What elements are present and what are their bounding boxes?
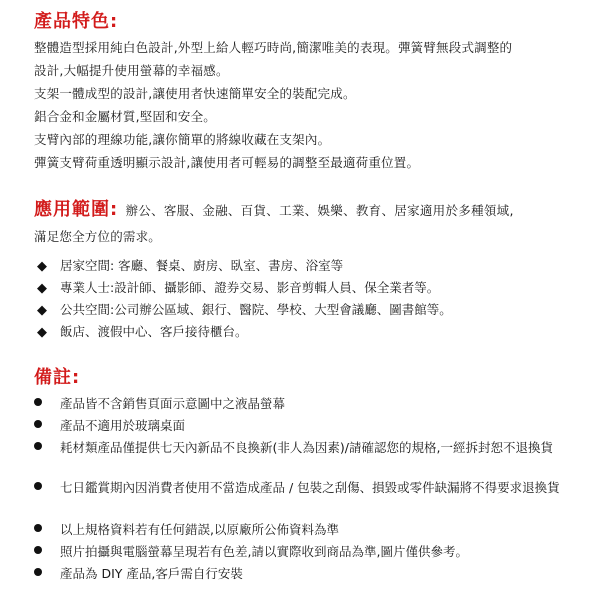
bullet-icon bbox=[34, 568, 42, 576]
note-item: 照片拍攝與電腦螢幕呈現若有色差,請以實際收到商品為準,圖片僅供參考。 bbox=[34, 542, 574, 562]
diamond-bullet-icon: ◆ bbox=[34, 303, 50, 319]
product-description-page: 產品特色: 整體造型採用純白色設計,外型上給人輕巧時尚,簡潔唯美的表現。彈簧臂無… bbox=[0, 0, 600, 600]
application-item: ◆公共空間:公司辦公區域、銀行、醫院、學校、大型會議廳、圖書館等。 bbox=[34, 302, 452, 319]
application-item-text: 飯店、渡假中心、客戶接待櫃台。 bbox=[60, 324, 248, 339]
bullet-icon bbox=[34, 524, 42, 532]
note-item: 耗材類產品僅提供七天內新品不良換新(非人為因素)/請確認您的規格,一經拆封恕不退… bbox=[34, 438, 574, 458]
diamond-bullet-icon: ◆ bbox=[34, 281, 50, 297]
note-item: 以上規格資料若有任何錯誤,以原廠所公佈資料為準 bbox=[34, 520, 574, 540]
features-line: 支臂內部的理線功能,讓你簡單的將線收藏在支架內。 bbox=[34, 132, 330, 148]
application-item: ◆飯店、渡假中心、客戶接待櫃台。 bbox=[34, 324, 248, 341]
diamond-bullet-icon: ◆ bbox=[34, 259, 50, 275]
note-item: 產品皆不含銷售頁面示意圖中之液晶螢幕 bbox=[34, 394, 574, 414]
note-item: 七日鑑賞期內因消費者使用不當造成產品 / 包裝之刮傷、損毀或零件缺漏將不得要求退… bbox=[34, 478, 574, 498]
features-line: 彈簧支臂荷重透明顯示設計,讓使用者可輕易的調整至最適荷重位置。 bbox=[34, 155, 419, 171]
notes-heading: 備註: bbox=[34, 366, 80, 390]
features-line: 鋁合金和金屬材質,堅固和安全。 bbox=[34, 109, 216, 125]
applications-intro: 辦公、客服、金融、百貨、工業、娛樂、教育、居家適用於多種領域, bbox=[125, 203, 513, 218]
applications-heading-label: 應用範圍: bbox=[34, 199, 118, 220]
application-item-text: 專業人士:設計師、攝影師、證券交易、影音剪輯人員、保全業者等。 bbox=[60, 280, 439, 295]
application-item-text: 公共空間:公司辦公區域、銀行、醫院、學校、大型會議廳、圖書館等。 bbox=[60, 302, 452, 317]
note-text: 以上規格資料若有任何錯誤,以原廠所公佈資料為準 bbox=[60, 520, 570, 540]
note-text: 七日鑑賞期內因消費者使用不當造成產品 / 包裝之刮傷、損毀或零件缺漏將不得要求退… bbox=[60, 478, 565, 498]
features-line: 整體造型採用純白色設計,外型上給人輕巧時尚,簡潔唯美的表現。彈簧臂無段式調整的 bbox=[34, 40, 512, 56]
application-item: ◆專業人士:設計師、攝影師、證券交易、影音剪輯人員、保全業者等。 bbox=[34, 280, 439, 297]
note-item: 產品不適用於玻璃桌面 bbox=[34, 416, 574, 436]
applications-heading: 應用範圍: 辦公、客服、金融、百貨、工業、娛樂、教育、居家適用於多種領域, bbox=[34, 198, 514, 223]
features-line: 設計,大幅提升使用螢幕的幸福感。 bbox=[34, 63, 229, 79]
application-item-text: 居家空間: 客廳、餐桌、廚房、臥室、書房、浴室等 bbox=[60, 258, 343, 273]
note-text: 產品不適用於玻璃桌面 bbox=[60, 416, 570, 436]
application-item: ◆居家空間: 客廳、餐桌、廚房、臥室、書房、浴室等 bbox=[34, 258, 343, 275]
bullet-icon bbox=[34, 482, 42, 490]
bullet-icon bbox=[34, 546, 42, 554]
diamond-bullet-icon: ◆ bbox=[34, 325, 50, 341]
features-heading: 產品特色: bbox=[34, 10, 118, 34]
note-text: 產品皆不含銷售頁面示意圖中之液晶螢幕 bbox=[60, 394, 570, 414]
note-text: 產品為 DIY 產品,客戶需自行安裝 bbox=[60, 564, 570, 584]
bullet-icon bbox=[34, 420, 42, 428]
bullet-icon bbox=[34, 442, 42, 450]
applications-intro-cont: 滿足您全方位的需求。 bbox=[34, 229, 161, 245]
bullet-icon bbox=[34, 398, 42, 406]
note-text: 照片拍攝與電腦螢幕呈現若有色差,請以實際收到商品為準,圖片僅供參考。 bbox=[60, 542, 570, 562]
note-item: 產品為 DIY 產品,客戶需自行安裝 bbox=[34, 564, 574, 584]
note-text: 耗材類產品僅提供七天內新品不良換新(非人為因素)/請確認您的規格,一經拆封恕不退… bbox=[60, 438, 565, 458]
features-line: 支架一體成型的設計,讓使用者快速簡單安全的裝配完成。 bbox=[34, 86, 356, 102]
